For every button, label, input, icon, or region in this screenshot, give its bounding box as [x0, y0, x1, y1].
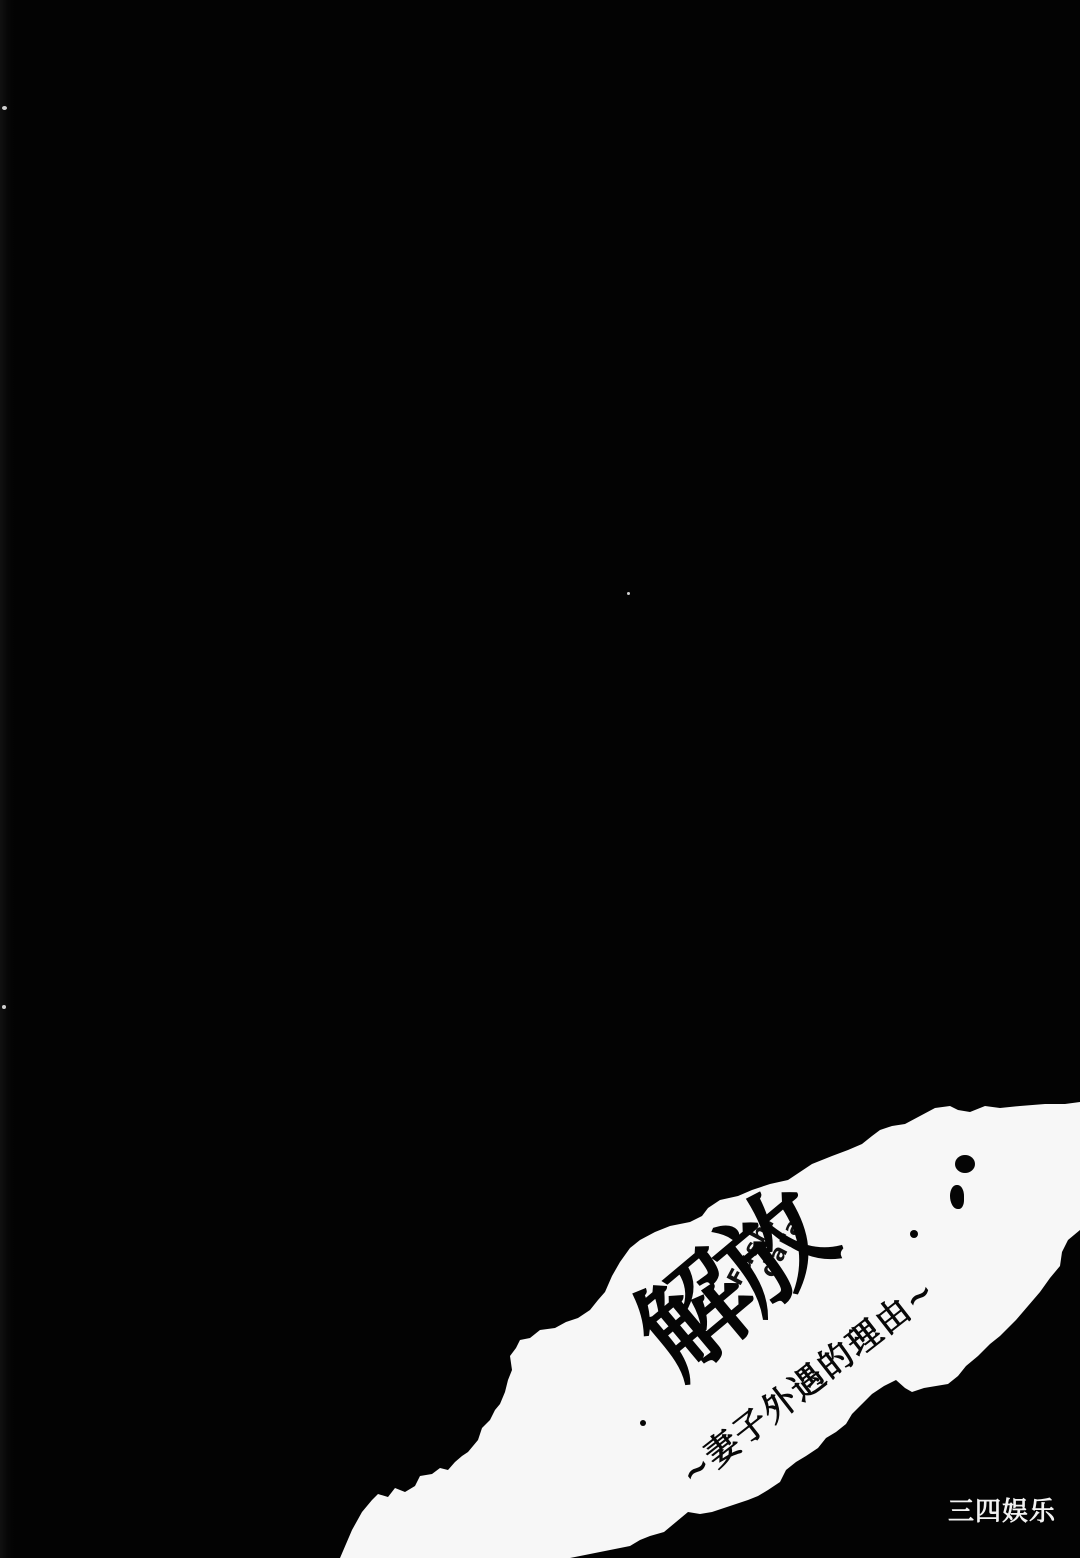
manga-page: Fushi dara 解放 ~妻子外遇的理由~ 三四娱乐	[0, 0, 1080, 1558]
ink-splatter	[640, 1420, 646, 1426]
ink-splatter	[950, 1185, 964, 1209]
ink-splatter	[955, 1155, 975, 1173]
watermark-text: 三四娱乐	[948, 1491, 1056, 1528]
ink-splatter	[910, 1230, 918, 1238]
title-logo: Fushi dara 解放 ~妻子外遇的理由~	[610, 1170, 1030, 1490]
